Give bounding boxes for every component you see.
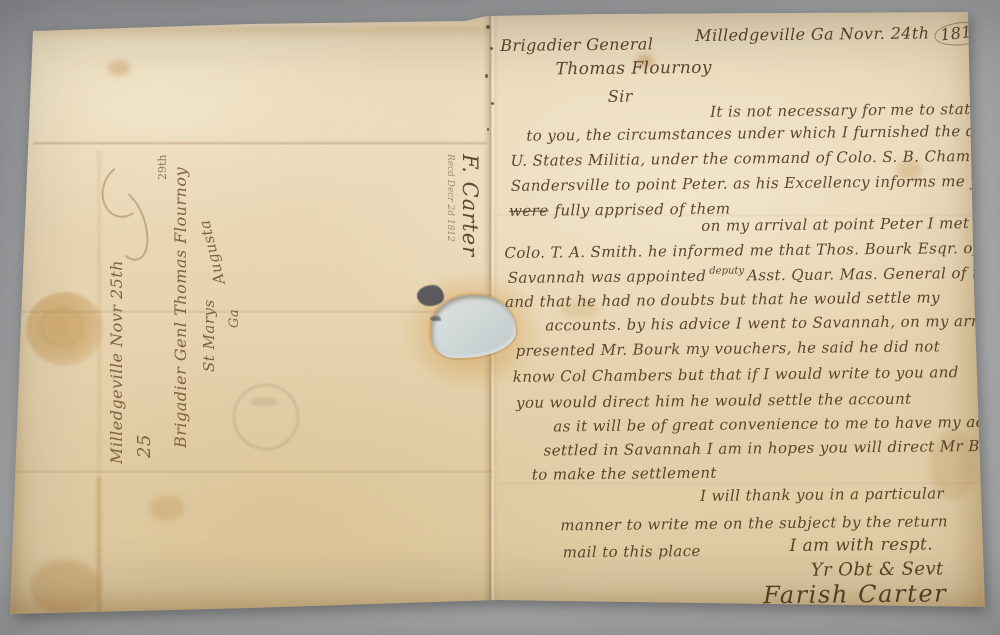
letter-line: Colo. T. A. Smith. he informed me that T… (504, 239, 978, 262)
letter-line: and that he had no doubts but that he wo… (505, 288, 940, 311)
letter-line: you would direct him he would settle the… (516, 390, 912, 412)
letter-line: settled in Savannah I am in hopes you wi… (543, 437, 1000, 460)
letter-paper-wrap: 29th Milledgeville Novr 25th 25 Brigadie… (0, 0, 1000, 635)
letter-line: mail to this place (563, 542, 701, 561)
letter-line: werefully apprised of them (509, 200, 731, 220)
letter-line: Savannah was appointeddeputyAsst. Quar. … (508, 262, 1000, 287)
closing-respect: I am with respt. (789, 534, 933, 556)
letter-line: manner to write me on the subject by the… (560, 512, 948, 534)
place-date-text: Milledgeville Ga Novr. 24th (695, 23, 929, 44)
letter-line: accounts. by his advice I went to Savann… (545, 312, 1000, 335)
letter-line: know Col Chambers but that if I would wr… (513, 363, 959, 386)
recipient-name: Thomas Flournoy (555, 58, 711, 80)
letter-line: Sandersville to point Peter. as his Exce… (511, 172, 999, 195)
line-tail: Asst. Quar. Mas. General of this State (747, 263, 1000, 284)
letter-line: It is not necessary for me to state (710, 100, 980, 121)
letter-line: I will thank you in a particular (700, 484, 944, 505)
year-text: 1812 (933, 19, 990, 48)
letter-line: on my arrival at point Peter I met with (701, 214, 1000, 235)
letter-line: to make the settlement (532, 464, 717, 484)
signature: Farish Carter (763, 579, 947, 609)
place-date-line: Milledgeville Ga Novr. 24th1812 (695, 22, 989, 48)
line-text: Savannah was appointed (508, 267, 707, 287)
letter-line: U. States Militia, under the command of … (510, 146, 1000, 170)
struck-word: were (509, 201, 549, 219)
letter-line: presented Mr. Bourk my vouchers, he said… (515, 337, 940, 359)
closing-servant: Yr Obt & Sevt (811, 558, 944, 580)
letter-line: to you, the circumstances under which I … (526, 121, 1000, 145)
heading-left: Brigadier General (500, 34, 653, 55)
inserted-word: deputy (709, 265, 744, 276)
letter-text: Brigadier General Milledgeville Ga Novr.… (0, 0, 1000, 635)
letter-line: as it will be of great convenience to me… (553, 412, 1000, 435)
photograph-background: 29th Milledgeville Novr 25th 25 Brigadie… (0, 0, 1000, 635)
letter-paper: 29th Milledgeville Novr 25th 25 Brigadie… (0, 0, 1000, 635)
salutation: Sir (608, 87, 633, 106)
